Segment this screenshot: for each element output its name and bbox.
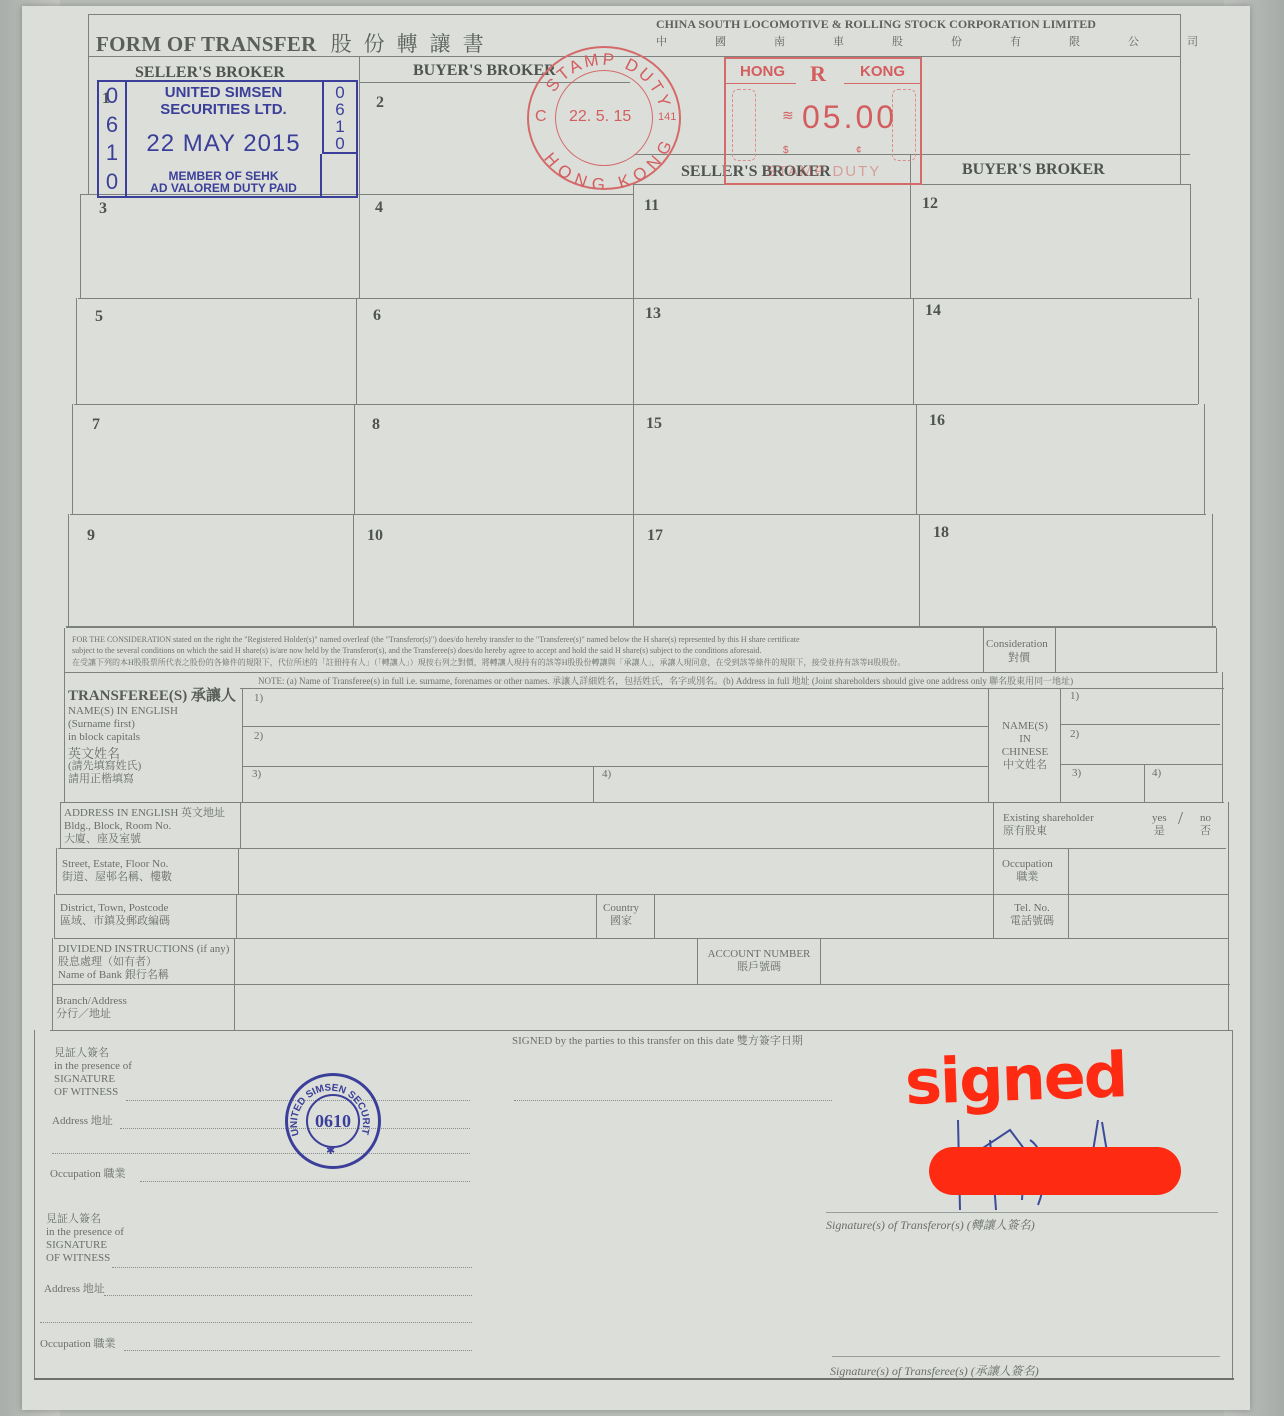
signed-annotation: signed bbox=[905, 1048, 1126, 1110]
transferee-heading: TRANSFEREE(S) 承讓人 bbox=[68, 684, 236, 705]
witness-1-address-label: Address 地址 bbox=[52, 1115, 113, 1128]
consideration-text-2: subject to the several conditions on whi… bbox=[72, 645, 761, 656]
star-icon: ✱ bbox=[326, 1144, 335, 1157]
name-chinese-label: NAME(S) IN CHINESE 中文姓名 bbox=[996, 720, 1054, 772]
consideration-text-1: FOR THE CONSIDERATION stated on the righ… bbox=[72, 634, 800, 645]
address-bldg-input[interactable] bbox=[244, 804, 984, 846]
buyers-broker-header-2: BUYER'S BROKER bbox=[962, 161, 1105, 179]
transferor-signature-caption: Signature(s) of Transferor(s) (轉讓人簽名) bbox=[826, 1216, 1035, 1233]
occupation-label: Occupation 職業 bbox=[1002, 858, 1053, 884]
address-district-input[interactable] bbox=[240, 896, 592, 936]
cell-number-3: 3 bbox=[99, 200, 107, 218]
account-number-label: ACCOUNT NUMBER 賬戶號碼 bbox=[700, 948, 818, 974]
witness-2-occupation-label: Occupation 職業 bbox=[40, 1338, 115, 1351]
transferee-name-cn-4-input[interactable] bbox=[1166, 766, 1220, 800]
cell-number-12: 12 bbox=[922, 195, 938, 213]
existing-yes-option[interactable]: yes 是 bbox=[1152, 812, 1167, 838]
transferee-name-3-input[interactable] bbox=[268, 768, 588, 800]
bank-name-input[interactable] bbox=[238, 940, 694, 982]
existing-shareholder-label: Existing shareholder 原有股東 bbox=[1003, 812, 1094, 838]
witness-1-label: 見証人簽名 in the presence of SIGNATURE OF WI… bbox=[54, 1047, 132, 1099]
meter-figure-left-icon bbox=[732, 89, 756, 161]
cell-number-18: 18 bbox=[933, 524, 949, 542]
witness-2-label: 見証人簽名 in the presence of SIGNATURE OF WI… bbox=[46, 1213, 124, 1265]
witness-1-occupation-field[interactable] bbox=[142, 1163, 470, 1181]
cell-number-9: 9 bbox=[87, 527, 95, 545]
cell-number-2: 2 bbox=[376, 94, 384, 112]
hk-emblem-icon: R bbox=[810, 61, 826, 87]
address-label: ADDRESS IN ENGLISH 英文地址 Bldg., Block, Ro… bbox=[64, 807, 225, 846]
cell-number-16: 16 bbox=[929, 412, 945, 430]
duty-amount: 05.00 bbox=[802, 99, 897, 136]
transferee-signature-field[interactable] bbox=[832, 1260, 1220, 1356]
transferee-name-1-input[interactable] bbox=[270, 690, 980, 724]
address-street-input[interactable] bbox=[242, 850, 988, 892]
consideration-text-cn: 在受讓下列的本H股股票所代表之股份的各條件的規限下，代位所述的「註冊持有人」（「… bbox=[72, 657, 978, 668]
cell-number-11: 11 bbox=[644, 197, 659, 215]
country-input[interactable] bbox=[658, 896, 988, 936]
transferee-signature-caption: Signature(s) of Transferee(s) (承讓人簽名) bbox=[830, 1362, 1039, 1379]
company-name-cn: 中國南車股份有限公司 bbox=[656, 33, 1246, 49]
stamp-duty-meter-mark: HONG R KONG ≋ 05.00 $ ¢ STAMP DUTY bbox=[724, 57, 922, 185]
cell-number-6: 6 bbox=[373, 307, 381, 325]
witness-2-address-field[interactable] bbox=[106, 1277, 472, 1295]
stamp-duty-postmark: STAMP DUTY HONG KONG C 22. 5. 15 141 bbox=[527, 46, 681, 190]
cell-number-8: 8 bbox=[372, 416, 380, 434]
name-english-label: NAME(S) IN ENGLISH (Surname first) in bl… bbox=[68, 705, 178, 786]
signed-by-label: SIGNED by the parties to this transfer o… bbox=[512, 1035, 803, 1048]
consideration-label: Consideration bbox=[986, 638, 1048, 651]
dividend-label: DIVIDEND INSTRUCTIONS (if any) 股息處理（如有者）… bbox=[58, 943, 229, 982]
witness-2-occupation-field[interactable] bbox=[126, 1332, 472, 1350]
branch-address-label: Branch/Address 分行／地址 bbox=[56, 995, 127, 1021]
tel-input[interactable] bbox=[1072, 896, 1224, 936]
broker-chop-stamp: 0 6 1 0 UNITED SIMSEN SECURITIES LTD. 22… bbox=[97, 80, 358, 198]
transferee-name-2-input[interactable] bbox=[270, 728, 980, 764]
company-name: CHINA SOUTH LOCOMOTIVE & ROLLING STOCK C… bbox=[656, 17, 1096, 32]
transferee-name-cn-3-input[interactable] bbox=[1086, 766, 1142, 800]
signing-date-field[interactable] bbox=[514, 1055, 832, 1100]
account-number-input[interactable] bbox=[824, 940, 1228, 982]
redaction-bar bbox=[929, 1147, 1181, 1195]
broker-round-seal: UNITED SIMSEN SECURITIES LTD. 0610 ✱ bbox=[285, 1073, 381, 1169]
cell-number-17: 17 bbox=[647, 527, 663, 545]
transferee-name-cn-1-input[interactable] bbox=[1086, 690, 1216, 722]
transferee-name-cn-2-input[interactable] bbox=[1086, 726, 1216, 762]
cell-number-13: 13 bbox=[645, 305, 661, 323]
transferee-note: NOTE: (a) Name of Transferee(s) in full … bbox=[258, 676, 1073, 687]
occupation-input[interactable] bbox=[1072, 850, 1222, 892]
existing-no-option[interactable]: no 否 bbox=[1200, 812, 1211, 838]
witness-2-signature-field[interactable] bbox=[114, 1249, 472, 1267]
country-label: Country 國家 bbox=[603, 902, 639, 928]
consideration-input[interactable] bbox=[1058, 630, 1214, 670]
cell-number-4: 4 bbox=[375, 199, 383, 217]
form-title: FORM OF TRANSFER股份轉讓書 bbox=[96, 28, 496, 58]
branch-address-input[interactable] bbox=[238, 986, 1228, 1028]
tel-label: Tel. No. 電話號碼 bbox=[1010, 902, 1054, 928]
cell-number-15: 15 bbox=[646, 415, 662, 433]
cell-number-7: 7 bbox=[92, 416, 100, 434]
witness-1-occupation-label: Occupation 職業 bbox=[50, 1168, 125, 1181]
transferee-name-4-input[interactable] bbox=[618, 768, 988, 800]
witness-2-address-label: Address 地址 bbox=[44, 1283, 105, 1296]
cell-number-10: 10 bbox=[367, 527, 383, 545]
consideration-label-cn: 對價 bbox=[1008, 652, 1030, 665]
cell-number-5: 5 bbox=[95, 308, 103, 326]
district-label: District, Town, Postcode 區域、市鎮及郵政編碼 bbox=[60, 902, 170, 928]
street-label: Street, Estate, Floor No. 街道、屋邨名稱、樓數 bbox=[62, 858, 172, 884]
cell-number-14: 14 bbox=[925, 302, 941, 320]
